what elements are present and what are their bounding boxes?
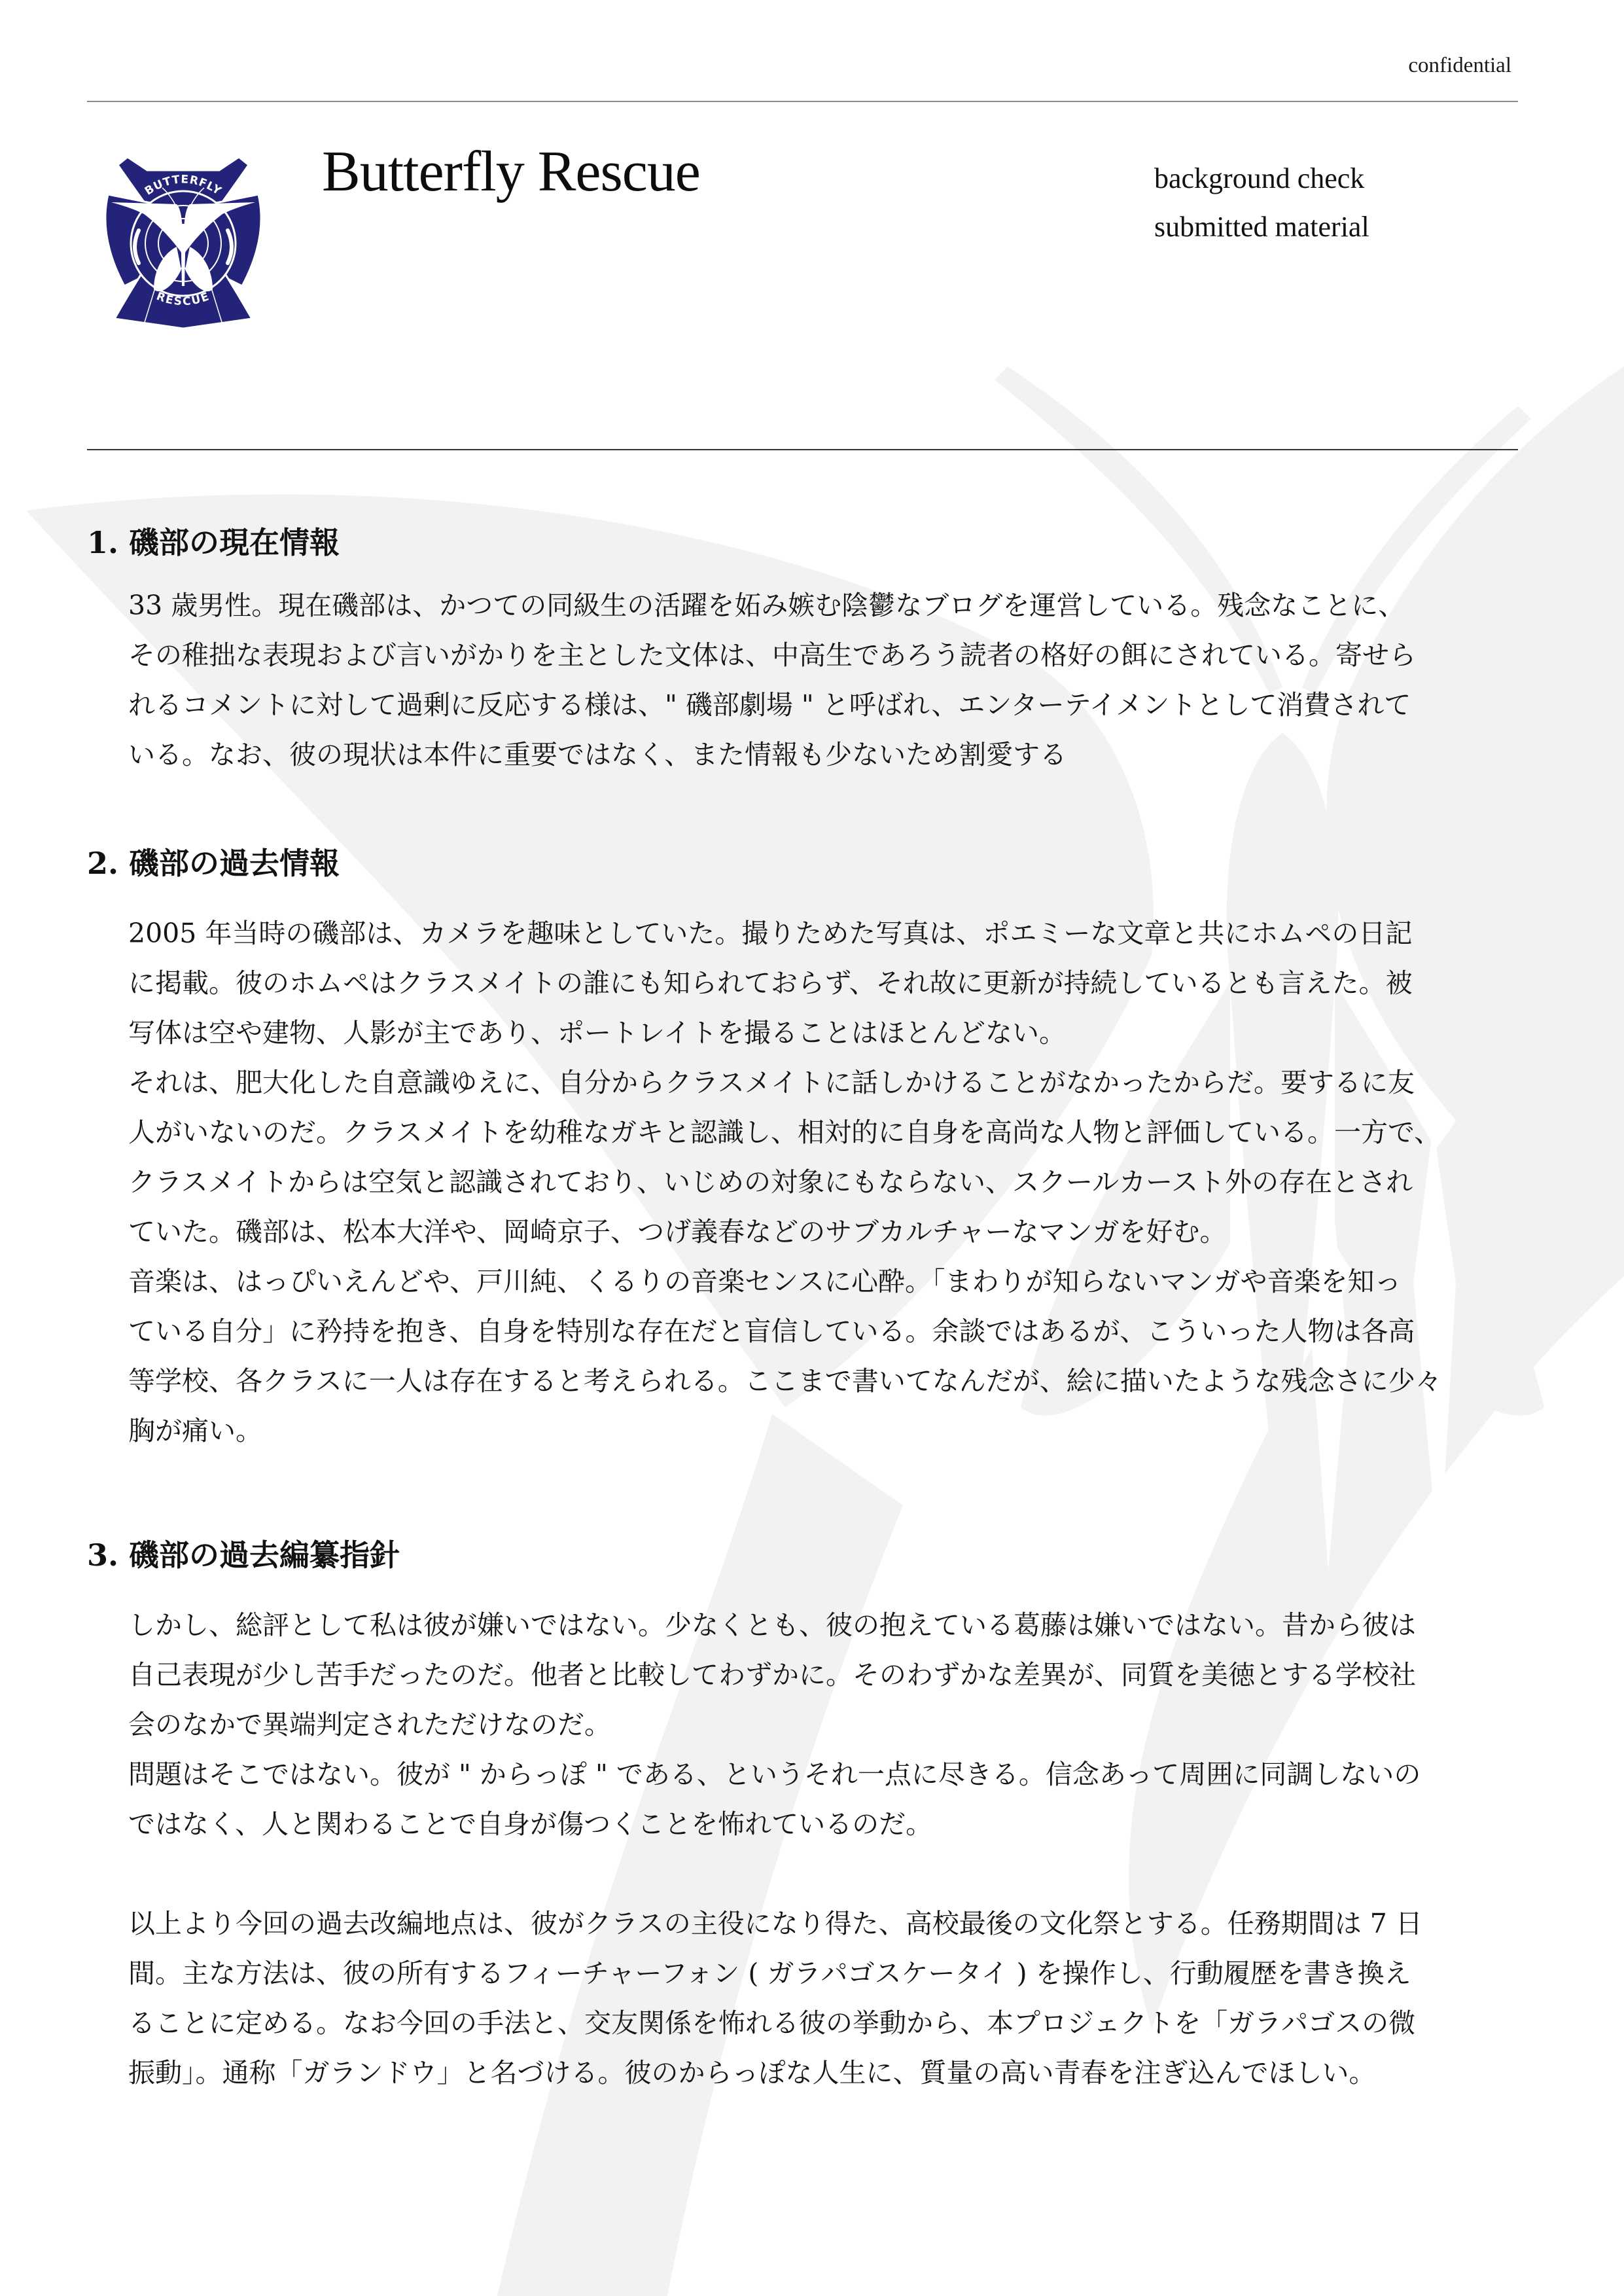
document-page: confidential bbox=[0, 0, 1624, 2296]
paragraph-line: れるコメントに対して過剰に反応する様は、" 磯部劇場 " と呼ばれ、エンターテイ… bbox=[128, 680, 1515, 730]
paragraph-line: 2005 年当時の磯部は、カメラを趣味としていた。撮りためた写真は、ポエミーな文… bbox=[128, 908, 1515, 958]
paragraph-line: その稚拙な表現および言いがかりを主とした文体は、中高生であろう読者の格好の餌にさ… bbox=[128, 630, 1515, 680]
paragraph-line: 会のなかで異端判定されただけなのだ。 bbox=[128, 1700, 1515, 1749]
paragraph-line: 問題はそこではない。彼が " からっぽ " である、というそれ一点に尽きる。信念… bbox=[128, 1749, 1515, 1799]
paragraph-line: ることに定める。なお今回の手法と、交友関係を怖れる彼の挙動から、本プロジェクトを… bbox=[128, 1998, 1515, 2048]
paragraph-line: 胸が痛い。 bbox=[128, 1406, 1515, 1456]
paragraph-line: 33 歳男性。現在磯部は、かつての同級生の活躍を妬み嫉む陰鬱なブログを運営してい… bbox=[128, 581, 1515, 630]
paragraph-spacer bbox=[128, 1849, 1515, 1899]
content-divider bbox=[87, 449, 1518, 450]
confidential-label: confidential bbox=[1408, 54, 1511, 78]
doc-type-label: background check bbox=[1154, 154, 1369, 203]
butterfly-rescue-logo-icon: BUTTERFLY RESCUE bbox=[85, 139, 281, 335]
section-body-past-info: 2005 年当時の磯部は、カメラを趣味としていた。撮りためた写真は、ポエミーな文… bbox=[128, 908, 1515, 1456]
paragraph-line: いる。なお、彼の現状は本件に重要ではなく、また情報も少ないため割愛する bbox=[128, 730, 1515, 780]
paragraph-line: に掲載。彼のホムペはクラスメイトの誰にも知られておらず、それ故に更新が持続してい… bbox=[128, 958, 1515, 1008]
paragraph-line: しかし、総評として私は彼が嫌いではない。少なくとも、彼の抱えている葛藤は嫌いでは… bbox=[128, 1600, 1515, 1650]
paragraph-line: 写体は空や建物、人影が主であり、ポートレイトを撮ることはほとんどない。 bbox=[128, 1008, 1515, 1058]
paragraph-line: 以上より今回の過去改編地点は、彼がクラスの主役になり得た、高校最後の文化祭とする… bbox=[128, 1899, 1515, 1948]
header-divider bbox=[87, 101, 1518, 102]
paragraph-line: 自己表現が少し苦手だったのだ。他者と比較してわずかに。そのわずかな差異が、同質を… bbox=[128, 1650, 1515, 1700]
paragraph-line: ていた。磯部は、松本大洋や、岡崎京子、つげ義春などのサブカルチャーなマンガを好む… bbox=[128, 1207, 1515, 1257]
document-meta: background check submitted material bbox=[1154, 154, 1369, 251]
paragraph-line: 間。主な方法は、彼の所有するフィーチャーフォン ( ガラパゴスケータイ ) を操… bbox=[128, 1948, 1515, 1998]
doc-status-label: submitted material bbox=[1154, 203, 1369, 251]
section-heading-editing-policy: 3. 磯部の過去編纂指針 bbox=[87, 1532, 400, 1575]
paragraph-line: ではなく、人と関わることで自身が傷つくことを怖れているのだ。 bbox=[128, 1799, 1515, 1849]
brand-title: Butterfly Rescue bbox=[322, 137, 700, 207]
section-heading-past-info: 2. 磯部の過去情報 bbox=[87, 840, 340, 883]
paragraph-line: 等学校、各クラスに一人は存在すると考えられる。ここまで書いてなんだが、絵に描いた… bbox=[128, 1356, 1515, 1406]
paragraph-line: クラスメイトからは空気と認識されており、いじめの対象にもならない、スクールカース… bbox=[128, 1157, 1515, 1207]
paragraph-line: それは、肥大化した自意識ゆえに、自分からクラスメイトに話しかけることがなかったか… bbox=[128, 1058, 1515, 1107]
section-heading-current-info: 1. 磯部の現在情報 bbox=[87, 519, 340, 562]
paragraph-line: 音楽は、はっぴいえんどや、戸川純、くるりの音楽センスに心酔。「まわりが知らないマ… bbox=[128, 1257, 1515, 1306]
paragraph-line: ている自分」に矜持を抱き、自身を特別な存在だと盲信している。余談ではあるが、こう… bbox=[128, 1306, 1515, 1356]
paragraph-line: 人がいないのだ。クラスメイトを幼稚なガキと認識し、相対的に自身を高尚な人物と評価… bbox=[128, 1107, 1515, 1157]
section-body-current-info: 33 歳男性。現在磯部は、かつての同級生の活躍を妬み嫉む陰鬱なブログを運営してい… bbox=[128, 581, 1515, 780]
paragraph-line: 振動」。通称「ガランドウ」と名づける。彼のからっぽな人生に、質量の高い青春を注ぎ… bbox=[128, 2048, 1515, 2098]
section-body-editing-policy: しかし、総評として私は彼が嫌いではない。少なくとも、彼の抱えている葛藤は嫌いでは… bbox=[128, 1600, 1515, 2098]
